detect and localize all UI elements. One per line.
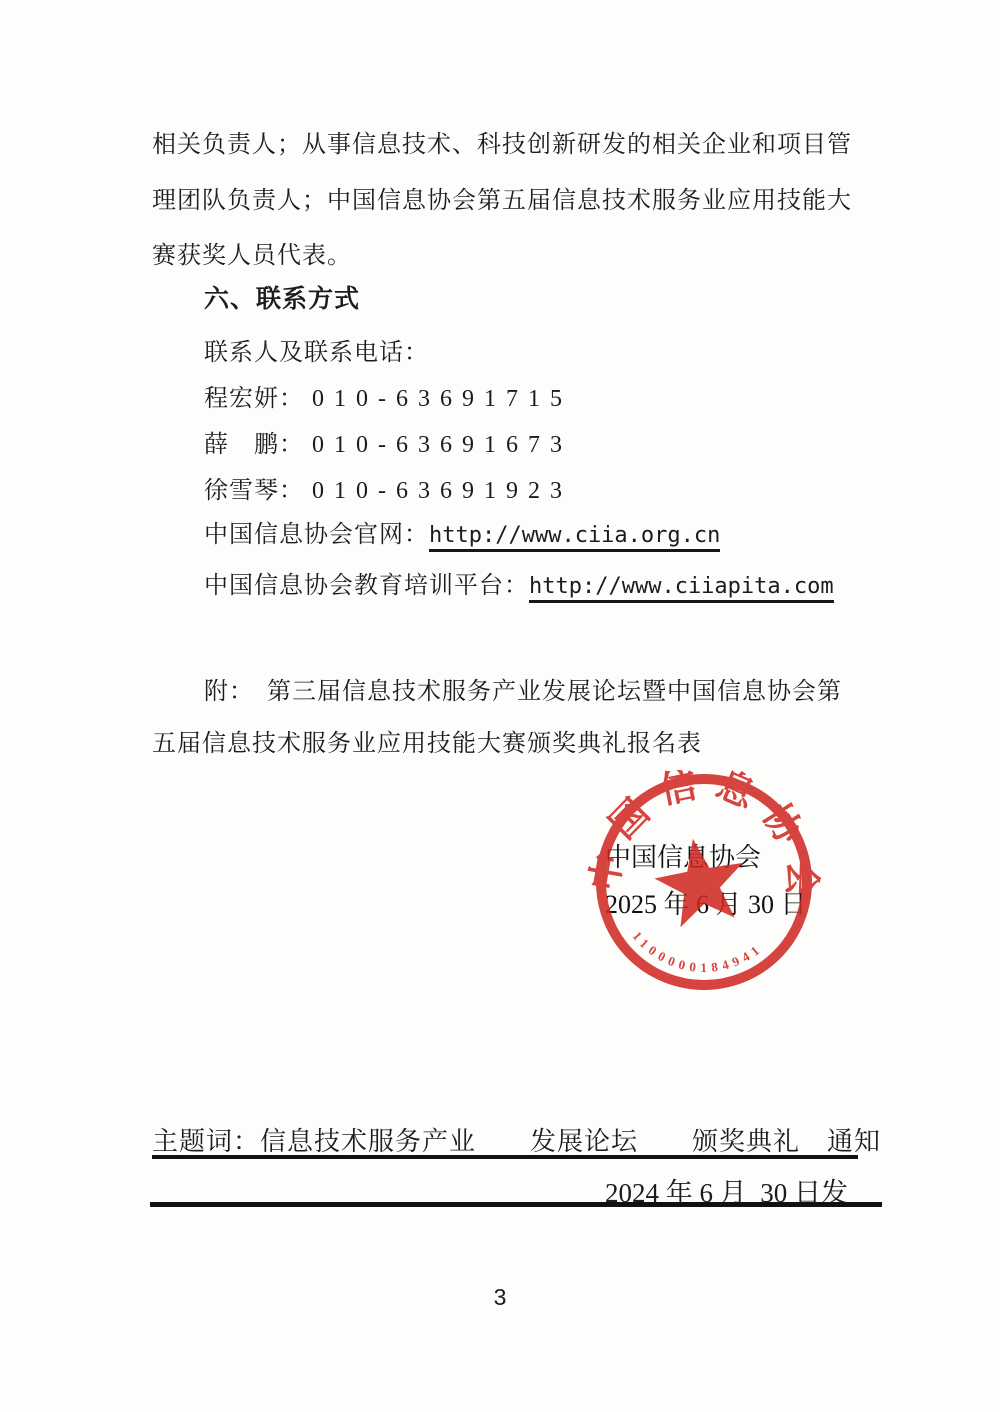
attachment-line: 五届信息技术服务业应用技能大赛颁奖典礼报名表 <box>152 729 702 759</box>
contact-row: 程宏妍：010-63691715 <box>204 384 572 414</box>
section-heading: 六、联系方式 <box>204 284 360 314</box>
contact-row: 徐雪琴：010-63691923 <box>204 476 572 506</box>
page-number: 3 <box>0 1284 1000 1311</box>
link-label: 中国信息协会官网： <box>204 522 429 548</box>
paragraph-line: 相关负责人；从事信息技术、科技创新研发的相关企业和项目管 <box>152 130 852 160</box>
footer-divider-top <box>152 1155 858 1159</box>
website-link[interactable]: http://www.ciia.org.cn <box>429 523 720 552</box>
official-seal: 中国信息协会 1100000184941 <box>586 770 822 998</box>
contact-name: 程宏妍： <box>204 386 304 412</box>
contact-phone: 010-63691673 <box>312 432 572 458</box>
contact-row: 薛 鹏：010-63691673 <box>204 430 572 460</box>
contact-intro: 联系人及联系电话： <box>204 338 429 368</box>
contact-phone: 010-63691715 <box>312 386 572 412</box>
contact-name: 薛 鹏： <box>204 432 304 458</box>
link-label: 中国信息协会教育培训平台： <box>204 573 529 599</box>
paragraph-line: 赛获奖人员代表。 <box>152 241 352 271</box>
footer-keywords: 主题词：信息技术服务产业 发展论坛 颁奖典礼 通知 <box>152 1127 881 1157</box>
website-link[interactable]: http://www.ciiapita.com <box>529 574 834 603</box>
document-page: 相关负责人；从事信息技术、科技创新研发的相关企业和项目管 理团队负责人；中国信息… <box>0 0 1000 1412</box>
contact-name: 徐雪琴： <box>204 478 304 504</box>
link-row: 中国信息协会官网：http://www.ciia.org.cn <box>204 520 720 551</box>
seal-star-icon <box>649 831 752 930</box>
paragraph-line: 理团队负责人；中国信息协会第五届信息技术服务业应用技能大 <box>152 186 852 216</box>
contact-phone: 010-63691923 <box>312 478 572 504</box>
attachment-line: 附： 第三届信息技术服务产业发展论坛暨中国信息协会第 <box>204 677 842 707</box>
link-row: 中国信息协会教育培训平台：http://www.ciiapita.com <box>204 571 834 602</box>
footer-divider-bottom <box>150 1202 882 1207</box>
